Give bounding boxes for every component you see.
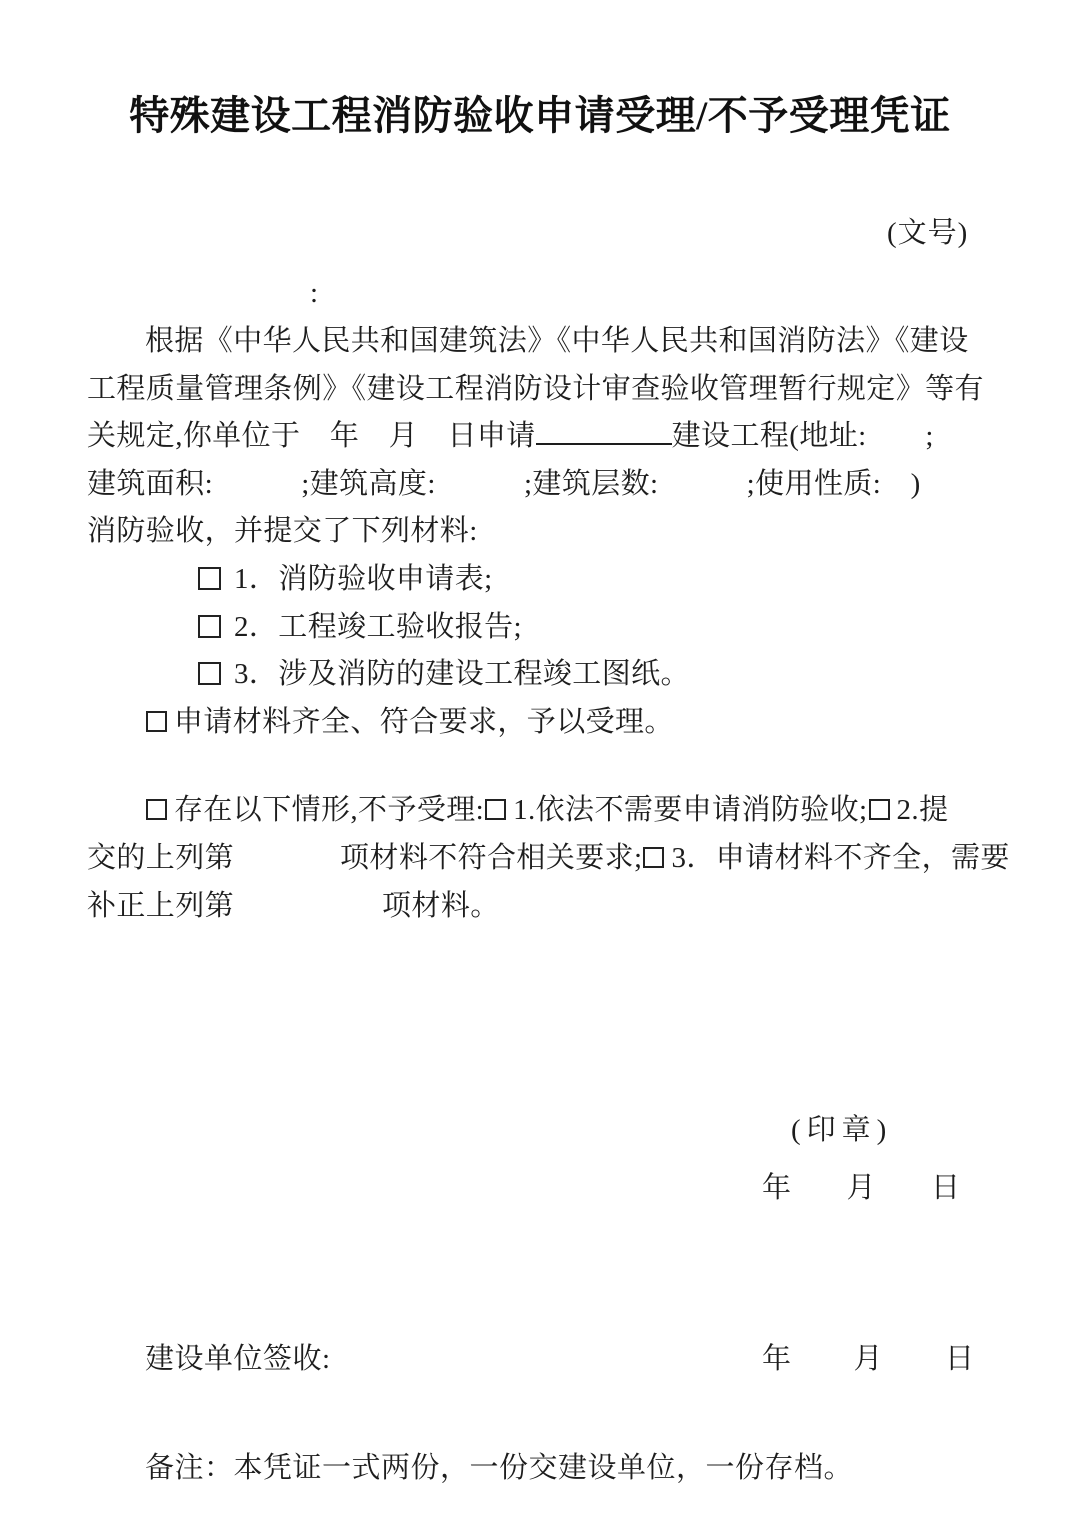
stamp-month-label: 月 bbox=[846, 1171, 875, 1206]
addressee-blank-field[interactable] bbox=[250, 298, 310, 302]
paragraph-line-2: 工程质量管理条例》《建设工程消防设计审查验收管理暂行规定》等有 bbox=[87, 366, 993, 414]
reject-line-3-prefix: 补正上列第 bbox=[87, 890, 234, 922]
paragraph-line-3-text: 关规定,你单位于 年 月 日申请 bbox=[87, 420, 536, 452]
reject-line-1: 存在以下情形,不予受理:1.依法不需要申请消防验收;2.提 bbox=[87, 787, 993, 835]
note-line: 备注：本凭证一式两份，一份交建设单位，一份存档。 bbox=[145, 1451, 853, 1486]
project-name-blank-field[interactable] bbox=[536, 442, 672, 445]
doc-number-label: (文号) bbox=[887, 216, 968, 251]
stamp-year-label: 年 bbox=[762, 1171, 791, 1206]
sign-year-label: 年 bbox=[762, 1342, 791, 1377]
sign-month-label: 月 bbox=[853, 1342, 882, 1377]
reject-reason-2-text: 2.提 bbox=[897, 794, 949, 826]
accept-checkbox[interactable] bbox=[146, 711, 167, 732]
reject-line-2: 交的上列第项材料不符合相关要求;3．申请材料不齐全，需要 bbox=[87, 835, 993, 883]
material-items-blank-field[interactable] bbox=[234, 863, 340, 867]
material-item-1: 1．消防验收申请表; bbox=[87, 556, 993, 604]
reject-line-3-suffix: 项材料。 bbox=[382, 890, 500, 922]
paragraph-line-3-suffix: 建设工程(地址: ; bbox=[672, 420, 934, 452]
reject-reason-1-text: 1.依法不需要申请消防验收; bbox=[513, 794, 867, 826]
reject-reason-2-checkbox[interactable] bbox=[869, 799, 890, 820]
paragraph-line-3: 关规定,你单位于 年 月 日申请建设工程(地址: ; bbox=[87, 413, 993, 461]
material-item-2: 2．工程竣工验收报告; bbox=[87, 604, 993, 652]
material-item-3: 3．涉及消防的建设工程竣工图纸。 bbox=[87, 651, 993, 699]
reject-line-2-suffix: 项材料不符合相关要求; bbox=[340, 842, 642, 874]
document-body: 根据《中华人民共和国建筑法》《中华人民共和国消防法》《建设 工程质量管理条例》《… bbox=[87, 318, 993, 930]
page-title: 特殊建设工程消防验收申请受理/不予受理凭证 bbox=[0, 92, 1080, 140]
material-2-checkbox[interactable] bbox=[198, 615, 221, 638]
paragraph-line-5: 消防验收，并提交了下列材料: bbox=[87, 508, 993, 556]
material-3-label: 3．涉及消防的建设工程竣工图纸。 bbox=[234, 658, 690, 690]
supplement-items-blank-field[interactable] bbox=[234, 911, 382, 915]
addressee-line: : bbox=[250, 276, 318, 311]
stamp-label: (印章) bbox=[791, 1113, 892, 1148]
material-2-label: 2．工程竣工验收报告; bbox=[234, 611, 522, 643]
reject-line-3: 补正上列第项材料。 bbox=[87, 883, 993, 931]
document-page: 特殊建设工程消防验收申请受理/不予受理凭证 (文号) : 根据《中华人民共和国建… bbox=[0, 0, 1080, 1527]
reject-reason-3-checkbox[interactable] bbox=[643, 847, 664, 868]
paragraph-line-1: 根据《中华人民共和国建筑法》《中华人民共和国消防法》《建设 bbox=[87, 318, 993, 366]
material-1-checkbox[interactable] bbox=[198, 567, 221, 590]
sign-label: 建设单位签收: bbox=[145, 1342, 331, 1377]
reject-line-2-prefix: 交的上列第 bbox=[87, 842, 234, 874]
stamp-day-label: 日 bbox=[931, 1171, 960, 1206]
material-1-label: 1．消防验收申请表; bbox=[234, 563, 493, 595]
reject-reason-1-checkbox[interactable] bbox=[485, 799, 506, 820]
sign-date-line: 年 月 日 bbox=[762, 1342, 974, 1377]
reject-reason-3-text: 3．申请材料不齐全，需要 bbox=[671, 842, 1009, 874]
accept-line: 申请材料齐全、符合要求，予以受理。 bbox=[87, 699, 993, 747]
stamp-date-line: 年 月 日 bbox=[762, 1171, 960, 1206]
addressee-colon: : bbox=[310, 277, 318, 309]
accept-text: 申请材料齐全、符合要求，予以受理。 bbox=[174, 706, 674, 738]
material-3-checkbox[interactable] bbox=[198, 662, 221, 685]
sign-day-label: 日 bbox=[945, 1342, 974, 1377]
reject-intro-text: 存在以下情形,不予受理: bbox=[174, 794, 484, 826]
paragraph-line-4: 建筑面积: ;建筑高度: ;建筑层数: ;使用性质: ) bbox=[87, 461, 993, 509]
reject-checkbox[interactable] bbox=[146, 799, 167, 820]
